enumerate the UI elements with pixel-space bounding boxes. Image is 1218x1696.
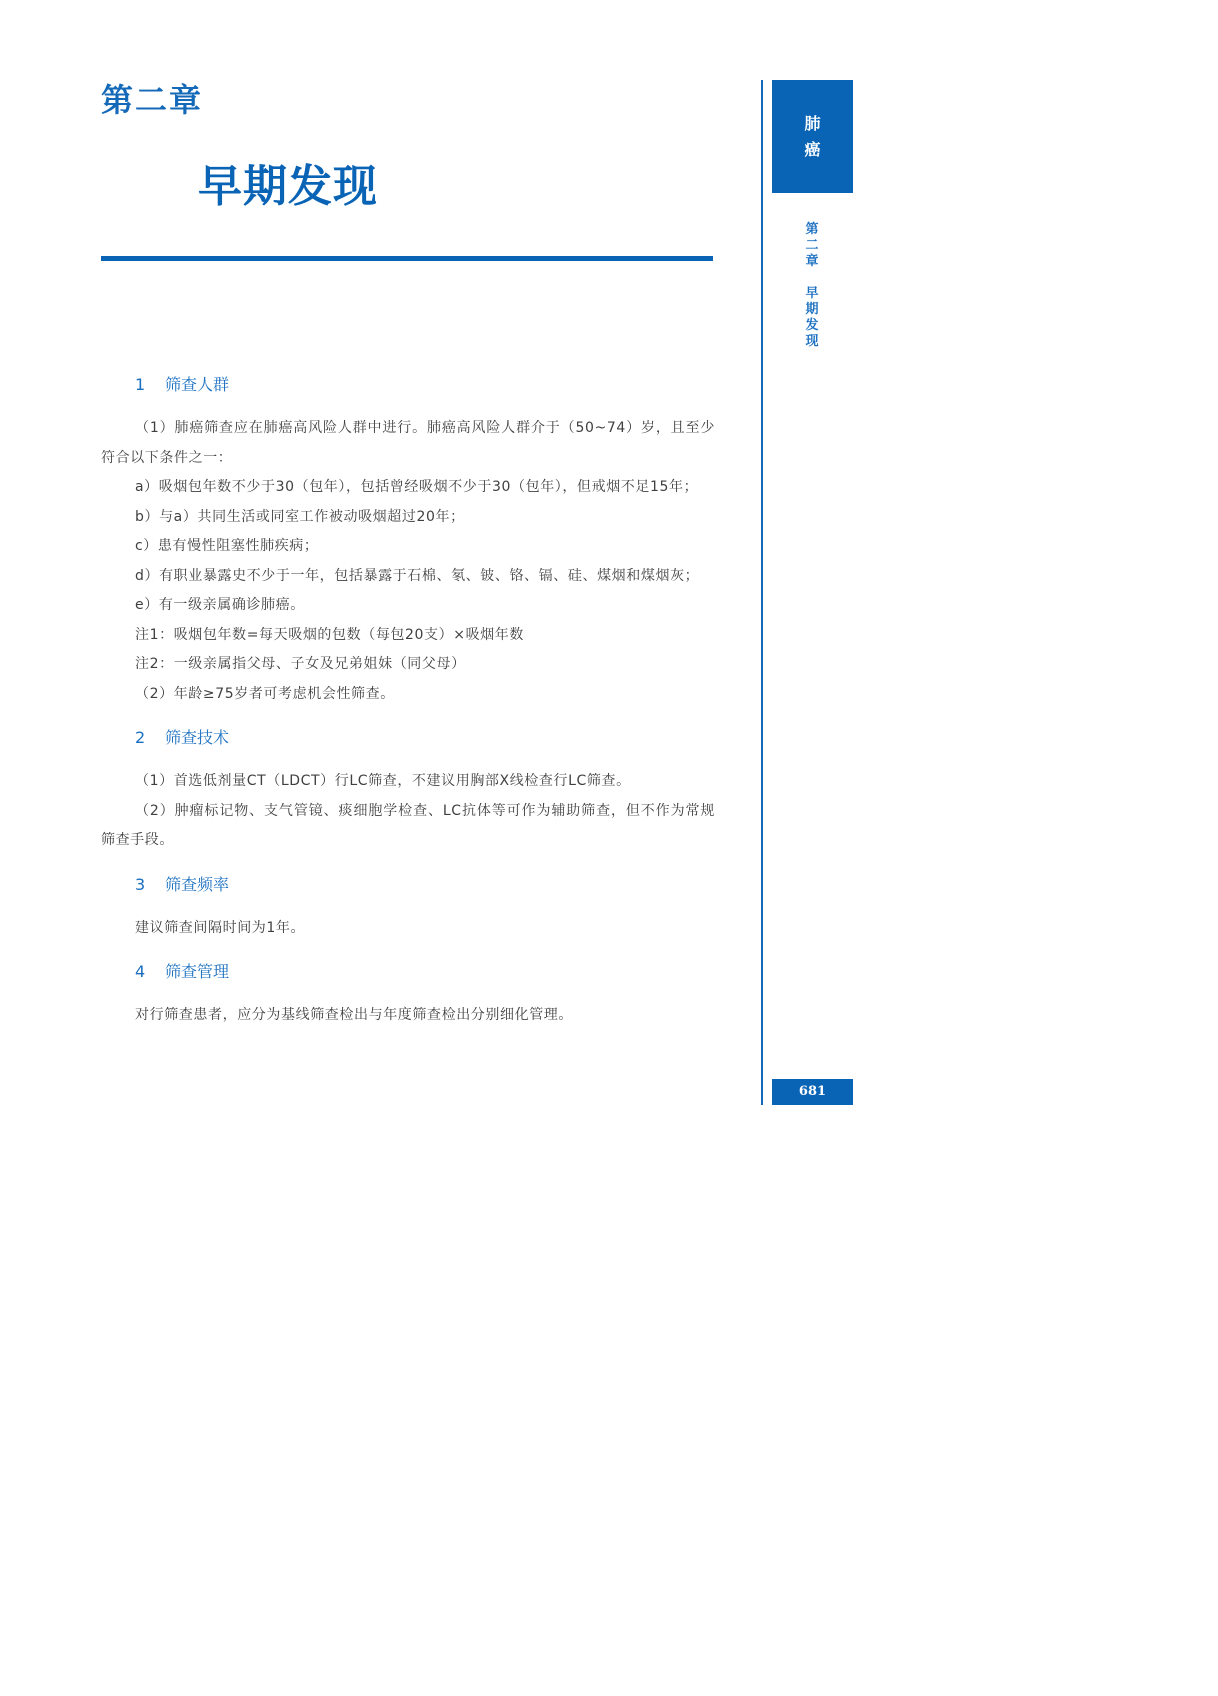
section-number: 3 (135, 870, 165, 900)
paragraph: （2）肿瘤标记物、支气管镜、痰细胞学检查、LC抗体等可作为辅助筛查，但不作为常规… (101, 797, 715, 856)
note: 注2：一级亲属指父母、子女及兄弟姐妹（同父母） (101, 650, 715, 680)
side-tab-lung-cancer: 肺 癌 (772, 80, 853, 193)
side-title-char: 现 (805, 334, 818, 350)
side-tab-char: 癌 (804, 140, 820, 160)
page-number: 681 (772, 1079, 853, 1105)
side-chapter-char: 二 (805, 238, 818, 254)
section-title: 筛查技术 (165, 728, 229, 747)
section-heading: 3筛查频率 (101, 870, 715, 900)
paragraph: 建议筛查间隔时间为1年。 (101, 914, 715, 944)
section-heading: 2筛查技术 (101, 723, 715, 753)
side-chapter-char: 章 (805, 254, 818, 270)
section-screening-frequency: 3筛查频率 建议筛查间隔时间为1年。 (101, 870, 715, 944)
section-number: 4 (135, 957, 165, 987)
section-title: 筛查频率 (165, 875, 229, 894)
chapter-title: 早期发现 (198, 150, 378, 214)
side-chapter-char: 第 (805, 222, 818, 238)
paragraph: （1）肺癌筛查应在肺癌高风险人群中进行。肺癌高风险人群介于（50~74）岁，且至… (101, 414, 715, 473)
side-tab-char: 肺 (804, 114, 820, 134)
chapter-label: 第二章 (101, 75, 203, 121)
paragraph: e）有一级亲属确诊肺癌。 (101, 591, 715, 621)
paragraph: a）吸烟包年数不少于30（包年），包括曾经吸烟不少于30（包年），但戒烟不足15… (101, 473, 715, 503)
section-screening-management: 4筛查管理 对行筛查患者，应分为基线筛查检出与年度筛查检出分别细化管理。 (101, 957, 715, 1031)
side-title-char: 期 (805, 302, 818, 318)
title-divider (101, 256, 713, 261)
side-title-char: 早 (805, 286, 818, 302)
paragraph: b）与a）共同生活或同室工作被动吸烟超过20年； (101, 503, 715, 533)
section-screening-technology: 2筛查技术 （1）首选低剂量CT（LDCT）行LC筛查，不建议用胸部X线检查行L… (101, 723, 715, 856)
section-heading: 1筛查人群 (101, 370, 715, 400)
section-number: 1 (135, 370, 165, 400)
section-title: 筛查人群 (165, 375, 229, 394)
note: 注1：吸烟包年数=每天吸烟的包数（每包20支）×吸烟年数 (101, 621, 715, 651)
section-screening-population: 1筛查人群 （1）肺癌筛查应在肺癌高风险人群中进行。肺癌高风险人群介于（50~7… (101, 370, 715, 709)
side-chapter-label: 第 二 章 早 期 发 现 (800, 222, 824, 350)
paragraph: d）有职业暴露史不少于一年，包括暴露于石棉、氡、铍、铬、镉、硅、煤烟和煤烟灰； (101, 562, 715, 592)
side-divider (761, 80, 763, 1105)
paragraph: c）患有慢性阻塞性肺疾病； (101, 532, 715, 562)
section-title: 筛查管理 (165, 962, 229, 981)
paragraph: 对行筛查患者，应分为基线筛查检出与年度筛查检出分别细化管理。 (101, 1001, 715, 1031)
paragraph: （1）首选低剂量CT（LDCT）行LC筛查，不建议用胸部X线检查行LC筛查。 (101, 767, 715, 797)
main-content: 1筛查人群 （1）肺癌筛查应在肺癌高风险人群中进行。肺癌高风险人群介于（50~7… (101, 370, 715, 1045)
section-heading: 4筛查管理 (101, 957, 715, 987)
side-title-char: 发 (805, 318, 818, 334)
section-number: 2 (135, 723, 165, 753)
paragraph: （2）年龄≥75岁者可考虑机会性筛查。 (101, 680, 715, 710)
